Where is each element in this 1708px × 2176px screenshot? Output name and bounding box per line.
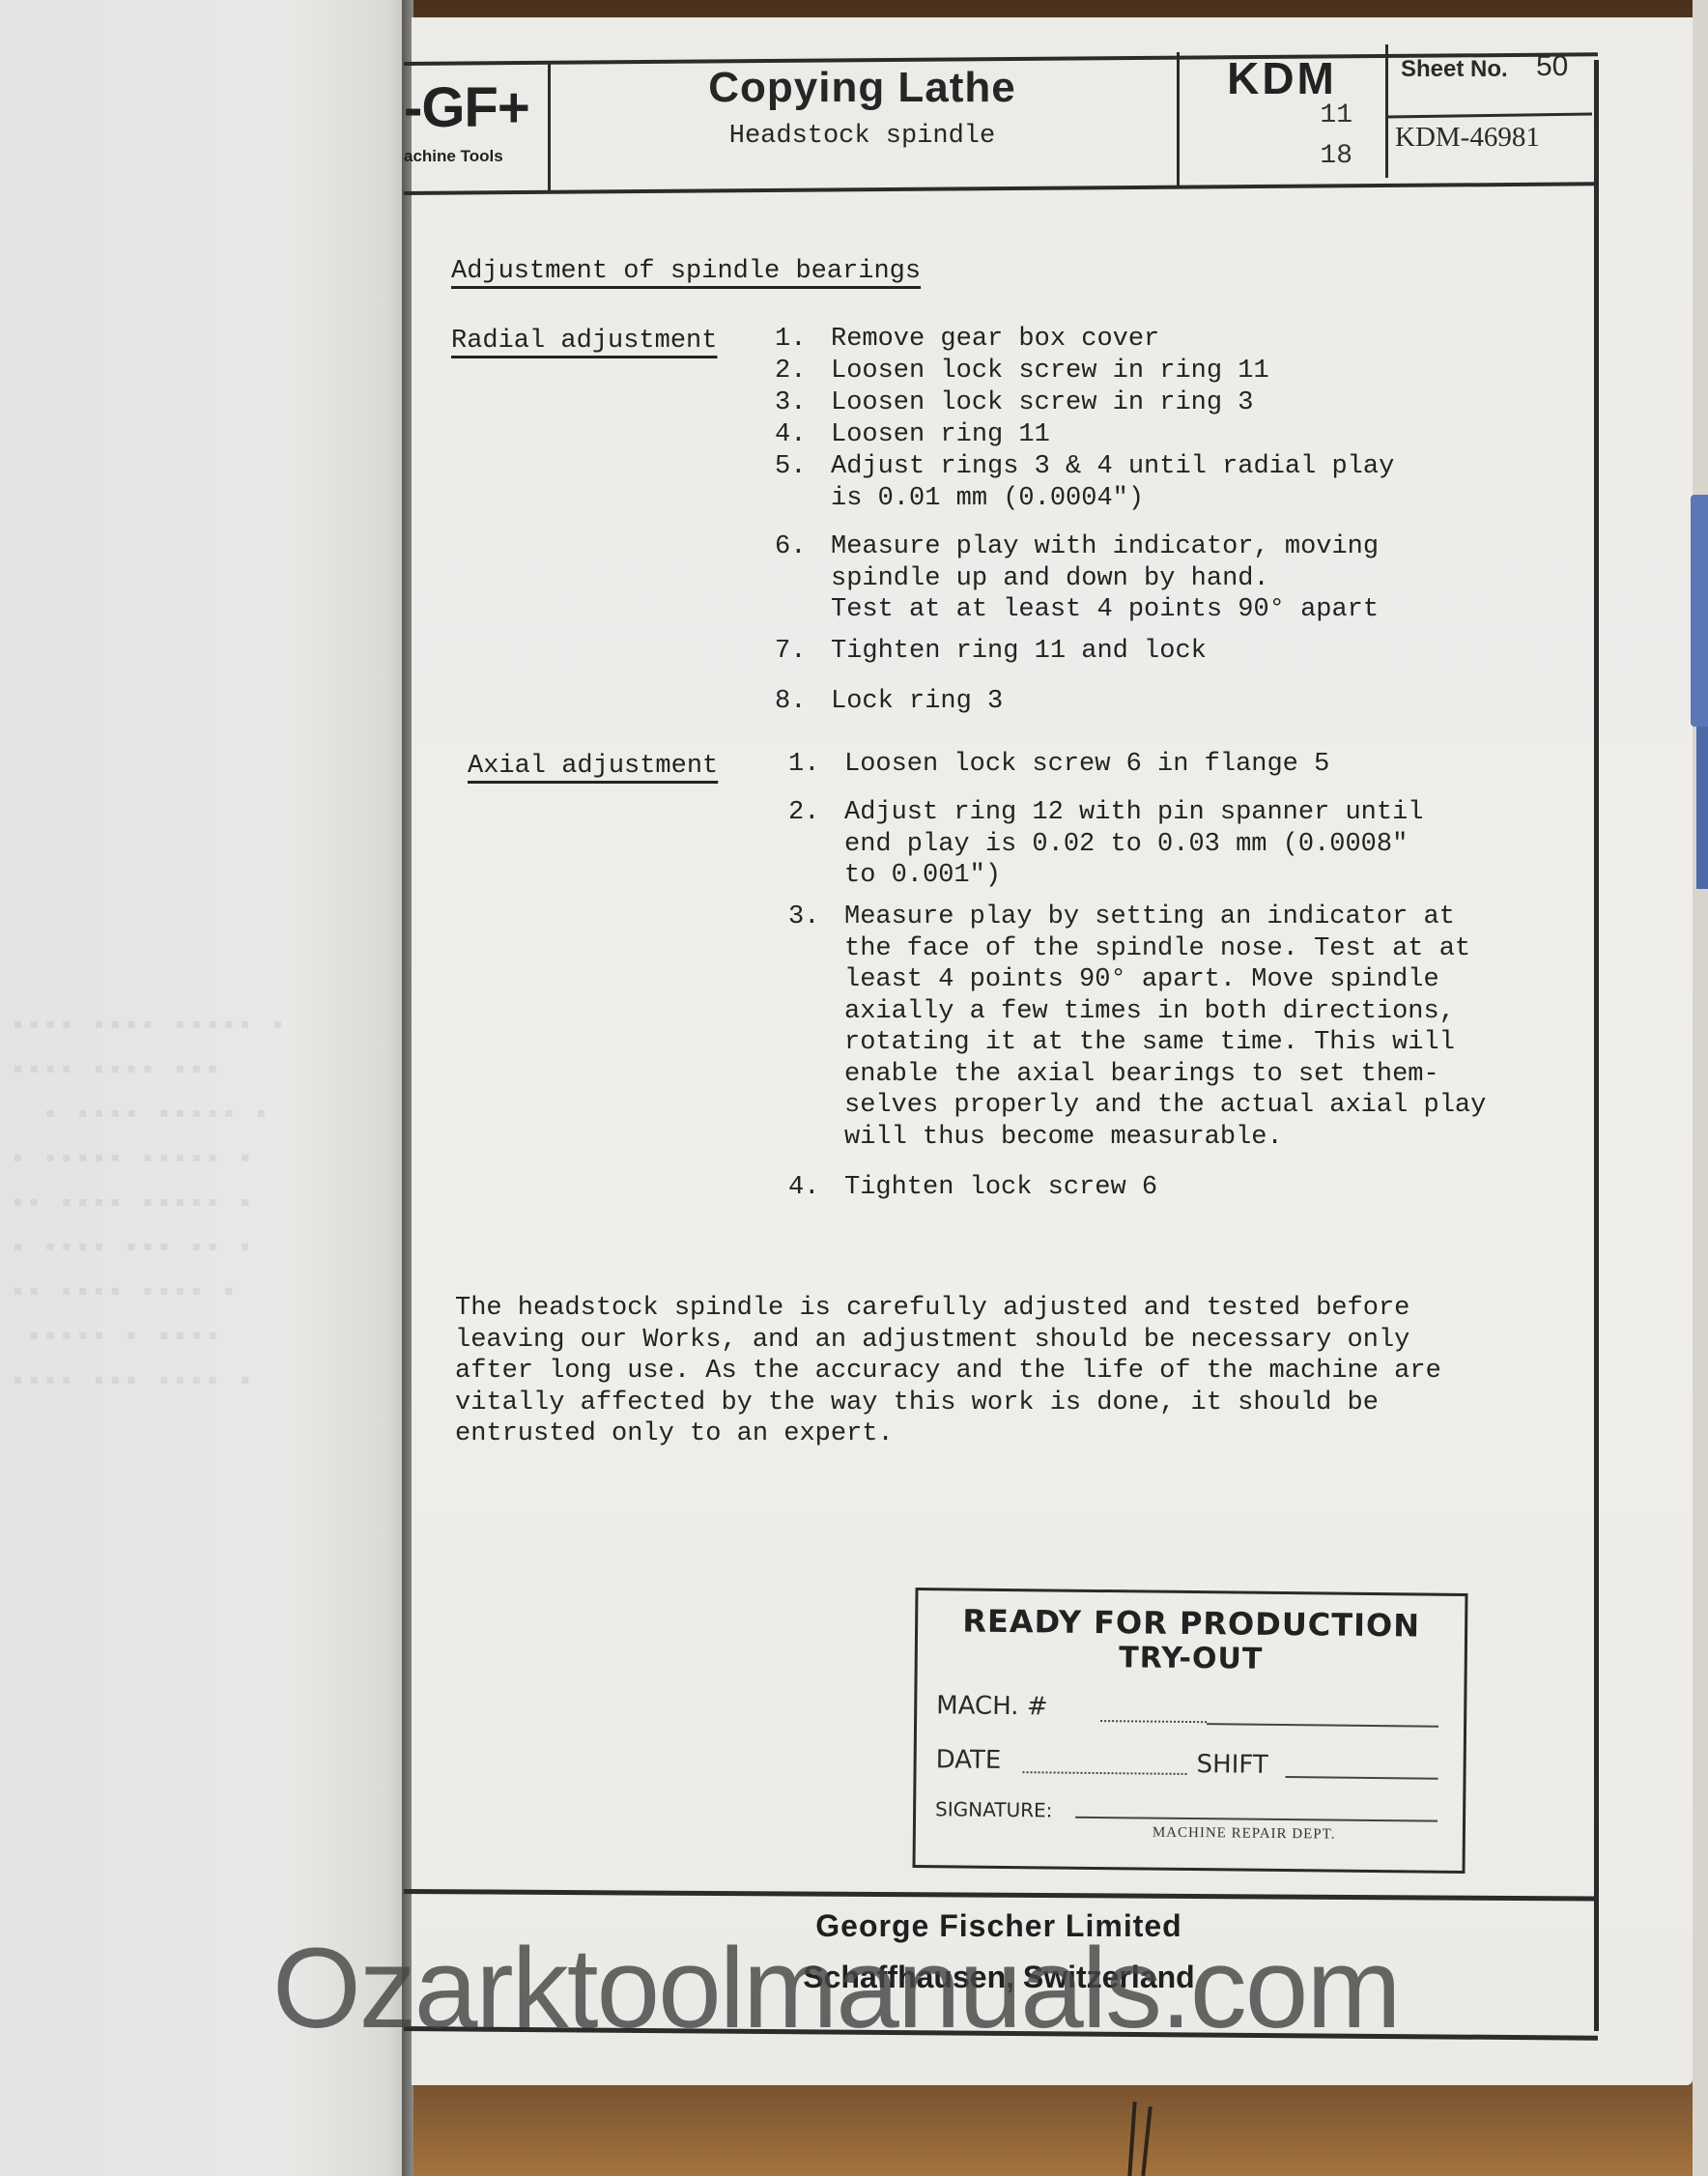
page-edges (1693, 0, 1708, 2176)
document-subtitle: Headstock spindle (551, 122, 1174, 151)
step-text: spindle up and down by hand. (831, 564, 1269, 593)
step-number: 1. (775, 325, 806, 354)
step-number: 3. (775, 388, 806, 417)
step-text: Measure play by setting an indicator at (844, 902, 1455, 931)
step-text: Lock ring 3 (831, 687, 1003, 716)
stamp-title: READY FOR PRODUCTION (918, 1602, 1465, 1645)
header-divider-2 (1177, 52, 1180, 186)
model-number-2: 18 (1256, 141, 1352, 171)
mach-field-dotted[interactable] (1100, 1720, 1207, 1723)
watermark-text: Ozarktoolmanuals.com (272, 1923, 1400, 2054)
header-divider-3 (1385, 44, 1388, 178)
step-text: Loosen lock screw in ring 3 (831, 388, 1253, 417)
radial-adjustment-label: Radial adjustment (451, 327, 717, 356)
date-field[interactable] (1023, 1771, 1187, 1775)
stamp-date-label: DATE (936, 1745, 1002, 1775)
step-text: is 0.01 mm (0.0004") (831, 484, 1144, 513)
mach-field[interactable] (1207, 1723, 1438, 1728)
step-text: Tighten lock screw 6 (844, 1173, 1157, 1202)
step-text: axially a few times in both directions, (844, 997, 1455, 1026)
step-text: Tighten ring 11 and lock (831, 637, 1207, 666)
step-text: Adjust ring 12 with pin spanner until (844, 798, 1424, 827)
logo-subtitle: achine Tools (404, 147, 503, 166)
stamp-shift-label: SHIFT (1196, 1750, 1267, 1780)
sheet-label: Sheet No. (1401, 56, 1508, 83)
step-number: 6. (775, 532, 806, 561)
model-code: KDM (1181, 52, 1383, 104)
step-text: Loosen lock screw 6 in flange 5 (844, 750, 1329, 779)
step-number: 5. (775, 452, 806, 481)
step-number: 2. (775, 357, 806, 386)
note-paragraph: The headstock spindle is carefully adjus… (455, 1293, 1441, 1450)
step-text: to 0.001") (844, 861, 1001, 890)
step-text: end play is 0.02 to 0.03 mm (0.0008" (844, 830, 1408, 859)
index-tab-blue (1691, 495, 1708, 727)
step-text: Adjust rings 3 & 4 until radial play (831, 452, 1394, 481)
step-number: 7. (775, 637, 806, 666)
step-text: Loosen lock screw in ring 11 (831, 357, 1269, 386)
step-text: least 4 points 90° apart. Move spindle (844, 965, 1439, 994)
step-number: 3. (788, 902, 819, 931)
step-text: Test at at least 4 points 90° apart (831, 595, 1379, 624)
step-number: 2. (788, 798, 819, 827)
step-number: 4. (788, 1173, 819, 1202)
document-title: Copying Lathe (551, 64, 1174, 112)
step-text: selves properly and the actual axial pla… (844, 1091, 1486, 1120)
stamp-mach-label: MACH. # (936, 1691, 1048, 1721)
document-number: KDM-46981 (1395, 122, 1540, 154)
stamp-department: MACHINE REPAIR DEPT. (1153, 1825, 1336, 1844)
sheet-number: 50 (1536, 50, 1568, 83)
stamp-subtitle: TRY-OUT (918, 1639, 1465, 1678)
stamp-signature-label: SIGNATURE: (935, 1797, 1053, 1821)
step-text: will thus become measurable. (844, 1123, 1283, 1152)
step-text: enable the axial bearings to set them- (844, 1060, 1439, 1089)
step-number: 8. (775, 687, 806, 716)
step-text: Loosen ring 11 (831, 420, 1050, 449)
step-number: 4. (775, 420, 806, 449)
axial-adjustment-label: Axial adjustment (468, 752, 718, 781)
step-text: the face of the spindle nose. Test at at (844, 934, 1470, 963)
left-page: ▪▪▪▪ ▪▪▪▪ ▪▪▪▪▪ ▪ ▪▪▪▪ ▪▪▪▪ ▪▪▪ ▪ ▪▪▪▪ ▪… (0, 0, 406, 2176)
gf-logo: -GF+ (404, 75, 529, 140)
step-text: Remove gear box cover (831, 325, 1159, 354)
production-tryout-stamp: READY FOR PRODUCTION TRY-OUT MACH. # DAT… (912, 1588, 1467, 1874)
model-number-1: 11 (1256, 100, 1352, 130)
section-heading: Adjustment of spindle bearings (451, 257, 921, 286)
bleed-through-text: ▪▪▪▪ ▪▪▪▪ ▪▪▪▪▪ ▪ ▪▪▪▪ ▪▪▪▪ ▪▪▪ ▪ ▪▪▪▪ ▪… (10, 1005, 377, 1405)
shift-field[interactable] (1285, 1776, 1438, 1780)
signature-field[interactable] (1075, 1817, 1438, 1822)
step-text: rotating it at the same time. This will (844, 1028, 1455, 1057)
step-text: Measure play with indicator, moving (831, 532, 1379, 561)
step-number: 1. (788, 750, 819, 779)
